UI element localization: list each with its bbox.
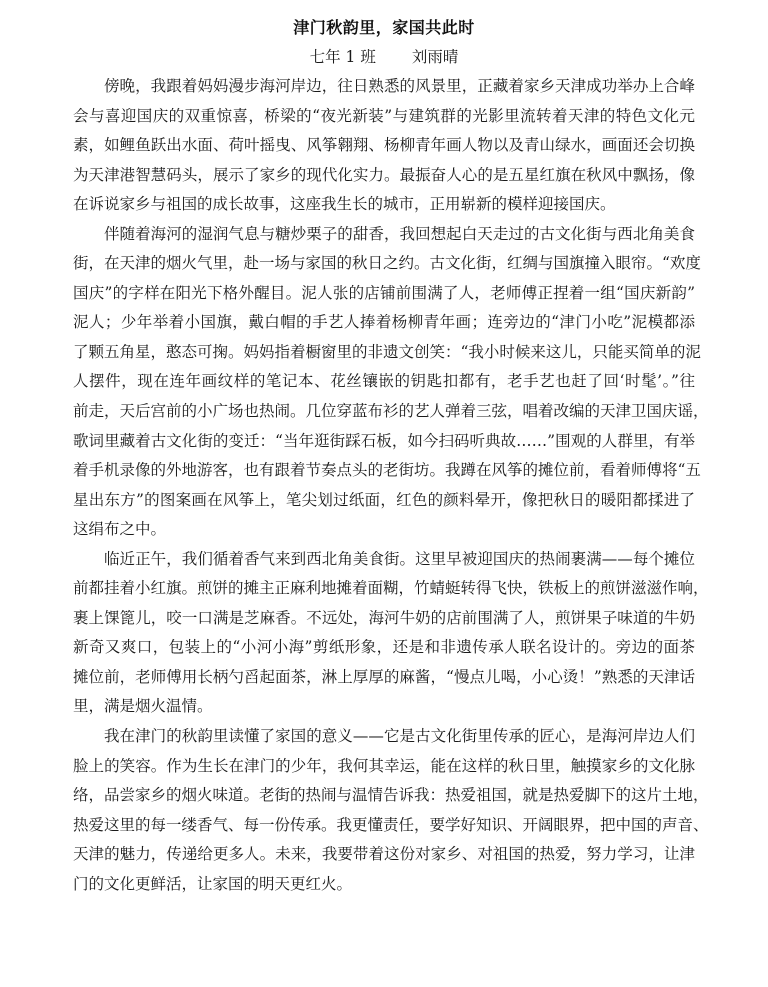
paragraph-line: 着手机录像的外地游客，也有跟着节奏点头的老街坊。我蹲在风筝的摊位前，看着师傅将“… [73,456,695,486]
paragraph-2: 伴随着海河的湿润气息与糖炒栗子的甜香，我回想起白天走过的古文化街与西北角美食 街… [73,220,695,545]
author-name: 刘雨晴 [412,48,459,66]
paragraph-line: 门的文化更鲜活，让家国的明天更红火。 [73,870,695,900]
class-label: 七年 1 班 [310,48,376,66]
paragraph-line: 我在津门的秋韵里读懂了家国的意义——它是古文化街里传承的匠心，是海河岸边人们 [73,722,695,752]
paragraph-line: 了颗五角星，憨态可掬。妈妈指着橱窗里的非遗文创笑：“我小时候来这儿，只能买简单的… [73,338,695,368]
paragraph-line: 在诉说家乡与祖国的成长故事，这座我生长的城市，正用崭新的模样迎接国庆。 [73,190,695,220]
paragraph-line: 热爱这里的每一缕香气、每一份传承。我更懂责任，要学好知识、开阔眼界，把中国的声音… [73,811,695,841]
paragraph-line: 裹上馃篦儿，咬一口满是芝麻香。不远处，海河牛奶的店前围满了人，煎饼果子味道的牛奶 [73,604,695,634]
paragraph-line: 前走，天后宫前的小广场也热闹。几位穿蓝布衫的艺人弹着三弦，唱着改编的天津卫国庆谣… [73,397,695,427]
paragraph-line: 泥人；少年举着小国旗，戴白帽的手艺人捧着杨柳青年画；连旁边的“津门小吃”泥模都添 [73,308,695,338]
paragraph-line: 这绢布之中。 [73,515,695,545]
document-page: 津门秋韵里，家国共此时 七年 1 班刘雨晴 傍晚，我跟着妈妈漫步海河岸边，往日熟… [0,0,768,987]
paragraph-line: 新奇又爽口，包装上的“小河小海”剪纸形象，还是和非遗传承人联名设计的。旁边的面茶 [73,633,695,663]
paragraph-line: 星出东方”的图案画在风筝上，笔尖划过纸面，红色的颜料晕开，像把秋日的暖阳都揉进了 [73,486,695,516]
paragraph-line: 里，满是烟火温情。 [73,692,695,722]
paragraph-1: 傍晚，我跟着妈妈漫步海河岸边，往日熟悉的风景里，正藏着家乡天津成功举办上合峰 会… [73,72,695,220]
paragraph-line: 前都挂着小红旗。煎饼的摊主正麻利地摊着面糊，竹蜻蜓转得飞快，铁板上的煎饼滋滋作响… [73,574,695,604]
paragraph-line: 街，在天津的烟火气里，赴一场与家国的秋日之约。古文化街，红绸与国旗撞入眼帘。“欢… [73,249,695,279]
essay-title: 津门秋韵里，家国共此时 [0,15,768,41]
paragraph-line: 伴随着海河的湿润气息与糖炒栗子的甜香，我回想起白天走过的古文化街与西北角美食 [73,220,695,250]
paragraph-4: 我在津门的秋韵里读懂了家国的意义——它是古文化街里传承的匠心，是海河岸边人们 脸… [73,722,695,899]
paragraph-line: 天津的魅力，传递给更多人。未来，我要带着这份对家乡、对祖国的热爱，努力学习，让津 [73,840,695,870]
paragraph-line: 脸上的笑容。作为生长在津门的少年，我何其幸运，能在这样的秋日里，触摸家乡的文化脉 [73,752,695,782]
byline: 七年 1 班刘雨晴 [0,44,768,70]
paragraph-line: 为天津港智慧码头，展示了家乡的现代化实力。最振奋人心的是五星红旗在秋风中飘扬，像 [73,161,695,191]
paragraph-line: 临近正午，我们循着香气来到西北角美食街。这里早被迎国庆的热闹裹满——每个摊位 [73,545,695,575]
paragraph-line: 会与喜迎国庆的双重惊喜，桥梁的“夜光新装”与建筑群的光影里流转着天津的特色文化元 [73,102,695,132]
essay-body: 傍晚，我跟着妈妈漫步海河岸边，往日熟悉的风景里，正藏着家乡天津成功举办上合峰 会… [73,72,695,899]
paragraph-line: 傍晚，我跟着妈妈漫步海河岸边，往日熟悉的风景里，正藏着家乡天津成功举办上合峰 [73,72,695,102]
paragraph-line: 摊位前，老师傅用长柄勺舀起面茶，淋上厚厚的麻酱，“慢点儿喝，小心烫！”熟悉的天津… [73,663,695,693]
paragraph-line: 络，品尝家乡的烟火味道。老街的热闹与温情告诉我：热爱祖国，就是热爱脚下的这片土地… [73,781,695,811]
paragraph-line: 歌词里藏着古文化街的变迁：“当年逛街踩石板，如今扫码听典故……”围观的人群里，有… [73,427,695,457]
paragraph-line: 国庆”的字样在阳光下格外醒目。泥人张的店铺前围满了人，老师傅正捏着一组“国庆新韵… [73,279,695,309]
paragraph-line: 人摆件，现在连年画纹样的笔记本、花丝镶嵌的钥匙扣都有，老手艺也赶了回‘时髦’。”… [73,367,695,397]
paragraph-line: 素，如鲤鱼跃出水面、荷叶摇曳、风筝翱翔、杨柳青年画人物以及青山绿水，画面还会切换 [73,131,695,161]
paragraph-3: 临近正午，我们循着香气来到西北角美食街。这里早被迎国庆的热闹裹满——每个摊位 前… [73,545,695,722]
